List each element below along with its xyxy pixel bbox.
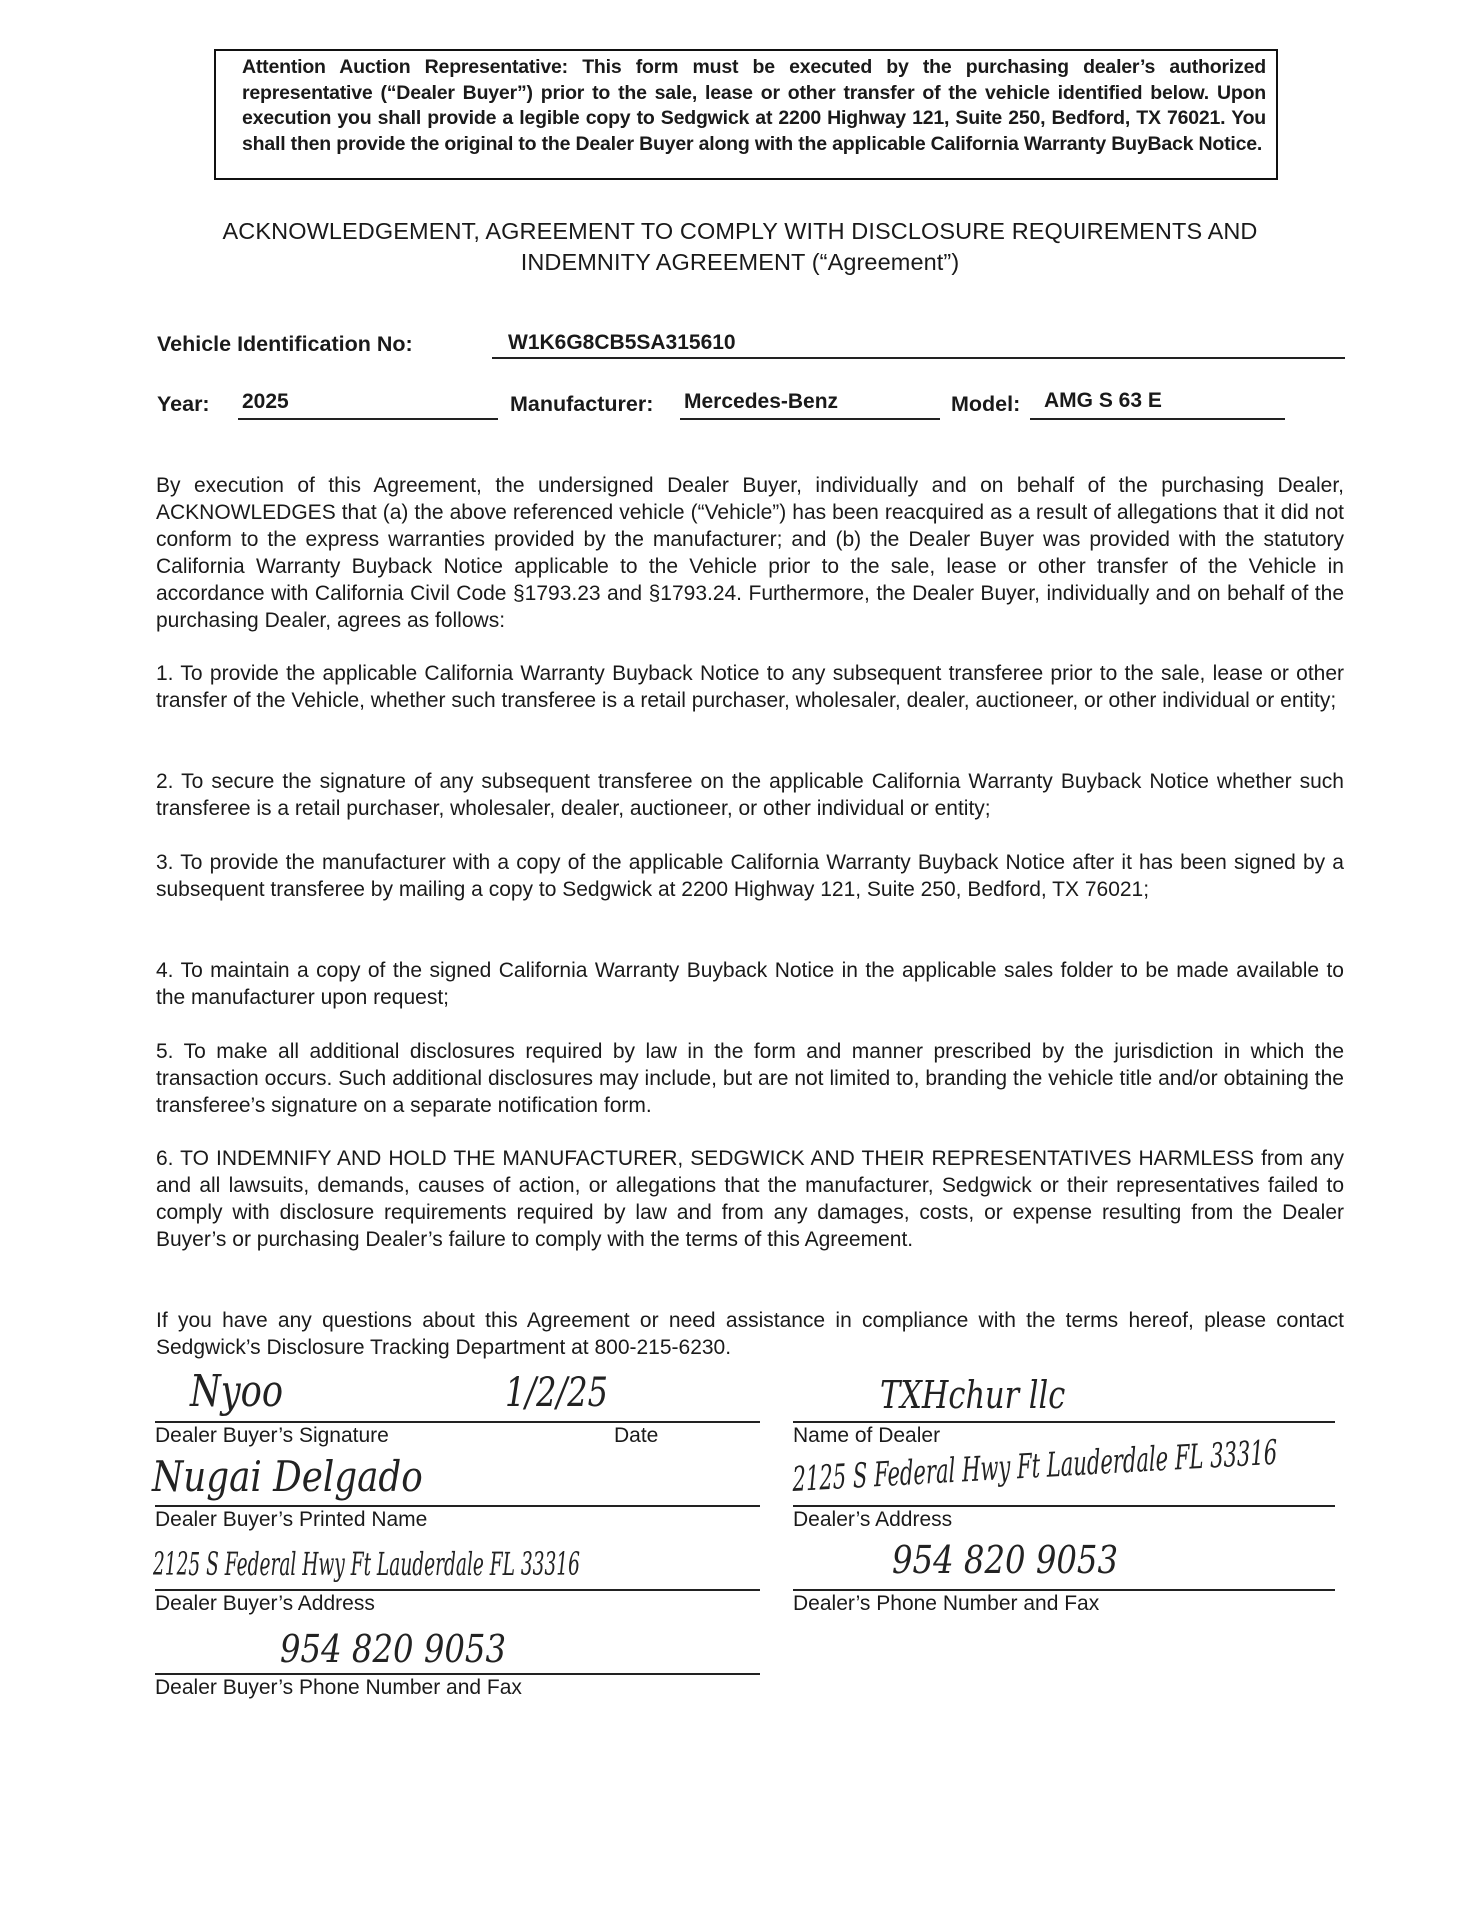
buyer-address-handwriting[interactable]: 2125 S Federal Hwy Ft Lauderdale FL 3331… (153, 1545, 580, 1583)
dealer-phone-line (793, 1589, 1335, 1591)
buyer-printed-name-handwriting[interactable]: Nugai Delgado (152, 1452, 423, 1501)
dealer-name-handwriting[interactable]: TXHchur llc (880, 1373, 1065, 1417)
dealer-address-label: Dealer’s Address (793, 1508, 952, 1532)
notice-text: Attention Auction Representative: This f… (242, 56, 1266, 155)
dealer-address-line (793, 1505, 1335, 1507)
date-handwriting[interactable]: 1/2/25 (505, 1370, 608, 1416)
vin-label: Vehicle Identification No: (157, 332, 413, 357)
vin-value[interactable]: W1K6G8CB5SA315610 (508, 331, 736, 355)
dealer-name-label: Name of Dealer (793, 1424, 940, 1448)
clause-3: 3. To provide the manufacturer with a co… (156, 849, 1344, 903)
manufacturer-label: Manufacturer: (510, 392, 653, 417)
agreement-title: ACKNOWLEDGEMENT, AGREEMENT TO COMPLY WIT… (150, 216, 1330, 278)
clause-4: 4. To maintain a copy of the signed Cali… (156, 957, 1344, 1011)
buyer-printed-name-label: Dealer Buyer’s Printed Name (155, 1508, 427, 1532)
auction-representative-notice: Attention Auction Representative: This f… (214, 49, 1278, 180)
clause-5: 5. To make all additional disclosures re… (156, 1038, 1344, 1119)
year-underline (238, 418, 498, 420)
vin-underline (492, 357, 1345, 359)
dealer-phone-label: Dealer’s Phone Number and Fax (793, 1592, 1099, 1616)
intro-text: By execution of this Agreement, the unde… (156, 472, 1344, 634)
dealer-phone-handwriting[interactable]: 954 820 9053 (892, 1538, 1118, 1582)
agreement-title-line2: INDEMNITY AGREEMENT (“Agreement”) (150, 247, 1330, 278)
clause-3-text: 3. To provide the manufacturer with a co… (156, 849, 1344, 903)
clause-1: 1. To provide the applicable California … (156, 660, 1344, 714)
buyer-signature-line (155, 1421, 760, 1423)
clause-2: 2. To secure the signature of any subseq… (156, 768, 1344, 822)
buyer-address-line (155, 1589, 760, 1591)
contact-text: If you have any questions about this Agr… (156, 1307, 1344, 1361)
agreement-title-line1: ACKNOWLEDGEMENT, AGREEMENT TO COMPLY WIT… (150, 216, 1330, 247)
clause-2-text: 2. To secure the signature of any subseq… (156, 768, 1344, 822)
buyer-address-label: Dealer Buyer’s Address (155, 1592, 375, 1616)
clause-1-text: 1. To provide the applicable California … (156, 660, 1344, 714)
buyer-signature-label: Dealer Buyer’s Signature (155, 1424, 389, 1448)
buyer-phone-label: Dealer Buyer’s Phone Number and Fax (155, 1676, 522, 1700)
model-value[interactable]: AMG S 63 E (1044, 389, 1162, 413)
clause-6: 6. TO INDEMNIFY AND HOLD THE MANUFACTURE… (156, 1145, 1344, 1253)
date-label: Date (614, 1424, 658, 1448)
contact-paragraph: If you have any questions about this Agr… (156, 1307, 1344, 1361)
dealer-name-line (793, 1421, 1335, 1423)
buyer-phone-handwriting[interactable]: 954 820 9053 (280, 1627, 506, 1671)
buyer-printed-name-line (155, 1505, 760, 1507)
year-label: Year: (157, 392, 210, 417)
year-value[interactable]: 2025 (242, 390, 289, 414)
model-label: Model: (951, 392, 1020, 417)
clause-6-text: 6. TO INDEMNIFY AND HOLD THE MANUFACTURE… (156, 1145, 1344, 1253)
manufacturer-underline (680, 418, 940, 420)
buyer-signature-handwriting[interactable]: Nyoo (190, 1366, 283, 1417)
clause-5-text: 5. To make all additional disclosures re… (156, 1038, 1344, 1119)
model-underline (1030, 418, 1285, 420)
manufacturer-value[interactable]: Mercedes-Benz (684, 390, 838, 414)
intro-paragraph: By execution of this Agreement, the unde… (156, 472, 1344, 634)
clause-4-text: 4. To maintain a copy of the signed Cali… (156, 957, 1344, 1011)
buyer-phone-line (155, 1673, 760, 1675)
